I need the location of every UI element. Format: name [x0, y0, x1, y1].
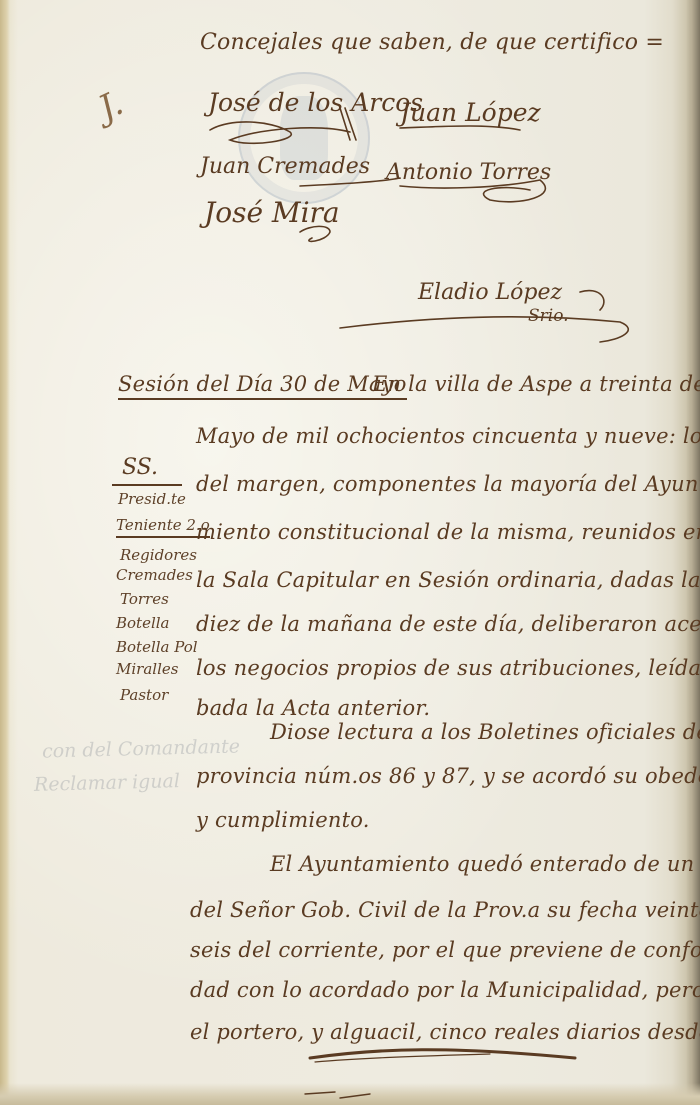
manuscript-page: con del Comandante Reclamar igual J. Con…	[0, 0, 700, 1105]
page-end-strokes	[0, 0, 700, 1105]
